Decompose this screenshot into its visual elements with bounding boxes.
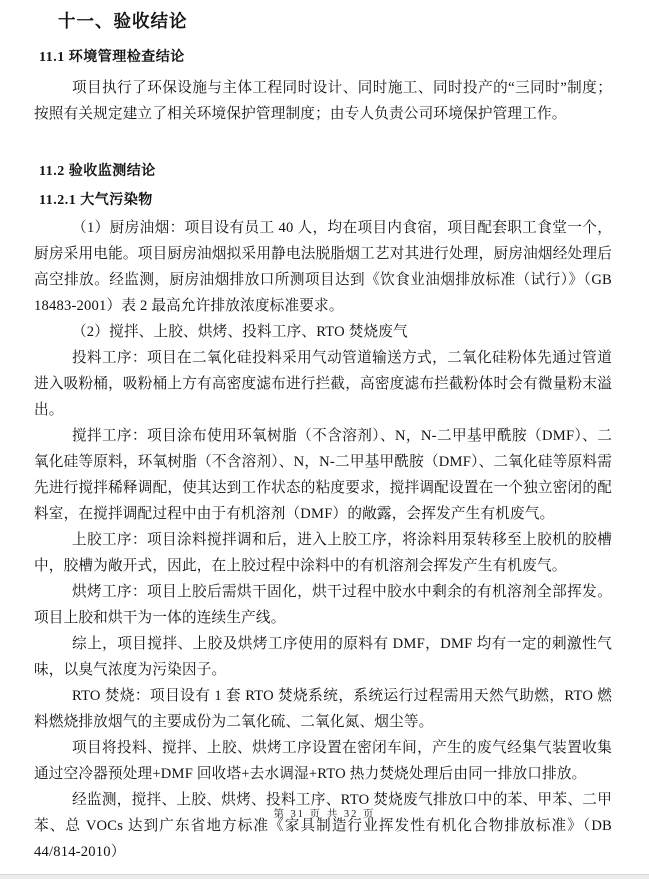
section-heading-11-1: 11.1 环境管理检查结论	[39, 46, 612, 66]
subsection-heading-11-2-1: 11.2.1 大气污染物	[39, 189, 612, 209]
document-page: 十一、验收结论 11.1 环境管理检查结论 项目执行了环保设施与主体工程同时设计…	[0, 0, 649, 879]
page-content: 十一、验收结论 11.1 环境管理检查结论 项目执行了环保设施与主体工程同时设计…	[0, 0, 649, 865]
paragraph-mixing-process: 搅拌工序：项目涂布使用环氧树脂（不含溶剂）、N，N-二甲基甲酰胺（DMF）、二氧…	[34, 423, 612, 527]
paragraph-process-waste-gas-intro: （2）搅拌、上胶、烘烤、投料工序、RTO 焚烧废气	[34, 319, 612, 345]
paragraph-kitchen-fume: （1）厨房油烟：项目设有员工 40 人，均在项目内食宿，项目配套职工食堂一个，厨…	[34, 215, 612, 319]
paragraph-gluing-process: 上胶工序：项目涂料搅拌调和后，进入上胶工序，将涂料用泵转移至上胶机的胶槽中，胶槽…	[34, 527, 612, 579]
paragraph-dmf-odor-summary: 综上，项目搅拌、上胶及烘烤工序使用的原料有 DMF，DMF 均有一定的刺激性气味…	[34, 631, 612, 683]
paragraph-baking-process: 烘烤工序：项目上胶后需烘干固化，烘干过程中胶水中剩余的有机溶剂全部挥发。项目上胶…	[34, 579, 612, 631]
page-number-footer: 第 31 页 共 32 页	[0, 806, 649, 821]
chapter-heading: 十一、验收结论	[58, 8, 612, 33]
paragraph-feeding-process: 投料工序：项目在二氧化硅投料采用气动管道输送方式，二氧化硅粉体先通过管道进入吸粉…	[34, 345, 612, 423]
paragraph-monitoring-result: 经监测，搅拌、上胶、烘烤、投料工序、RTO 焚烧废气排放口中的苯、甲苯、二甲苯、…	[34, 787, 612, 865]
page-bottom-edge	[0, 874, 649, 879]
paragraph-environment-management: 项目执行了环保设施与主体工程同时设计、同时施工、同时投产的“三同时”制度；按照有…	[34, 75, 612, 127]
section-heading-11-2: 11.2 验收监测结论	[39, 160, 612, 180]
paragraph-rto-incineration: RTO 焚烧：项目设有 1 套 RTO 焚烧系统，系统运行过程需用天然气助燃，R…	[34, 683, 612, 735]
paragraph-waste-gas-treatment: 项目将投料、搅拌、上胶、烘烤工序设置在密闭车间，产生的废气经集气装置收集通过空冷…	[34, 735, 612, 787]
